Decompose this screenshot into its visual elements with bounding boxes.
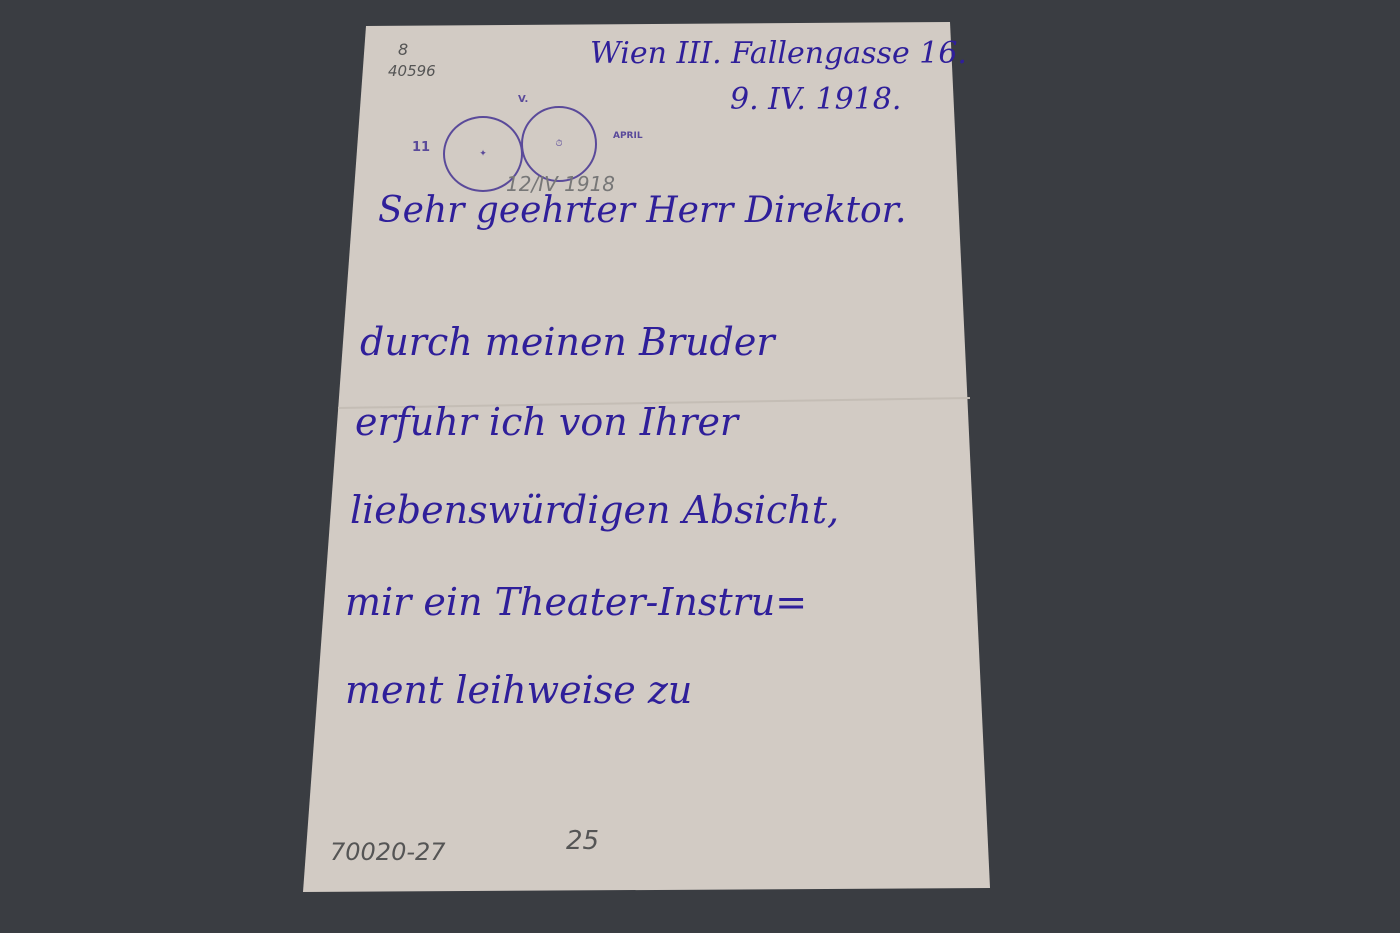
salutation: Sehr geehrter Herr Direktor. bbox=[378, 190, 906, 231]
page-number: 25 bbox=[566, 826, 599, 856]
body-line-2: erfuhr ich von Ihrer bbox=[355, 400, 738, 444]
archive-mark: 8 bbox=[398, 40, 408, 59]
archive-number: 40596 bbox=[388, 62, 436, 80]
reference-number: 70020-27 bbox=[330, 838, 446, 866]
body-line-3: liebenswürdigen Absicht, bbox=[350, 488, 839, 532]
stamp-letter: V. bbox=[518, 94, 528, 105]
letter-paper bbox=[0, 0, 1400, 933]
header-address: Wien III. Fallengasse 16. bbox=[590, 36, 967, 71]
stamp-number: 11 bbox=[412, 140, 430, 155]
clock-stamp: ⏱ bbox=[521, 106, 597, 182]
body-line-5: ment leihweise zu bbox=[345, 668, 692, 712]
stamp-month: APRIL bbox=[613, 131, 643, 141]
body-line-4: mir ein Theater-Instru= bbox=[345, 580, 807, 624]
body-line-1: durch meinen Bruder bbox=[360, 320, 775, 364]
header-date: 9. IV. 1918. bbox=[730, 82, 901, 117]
